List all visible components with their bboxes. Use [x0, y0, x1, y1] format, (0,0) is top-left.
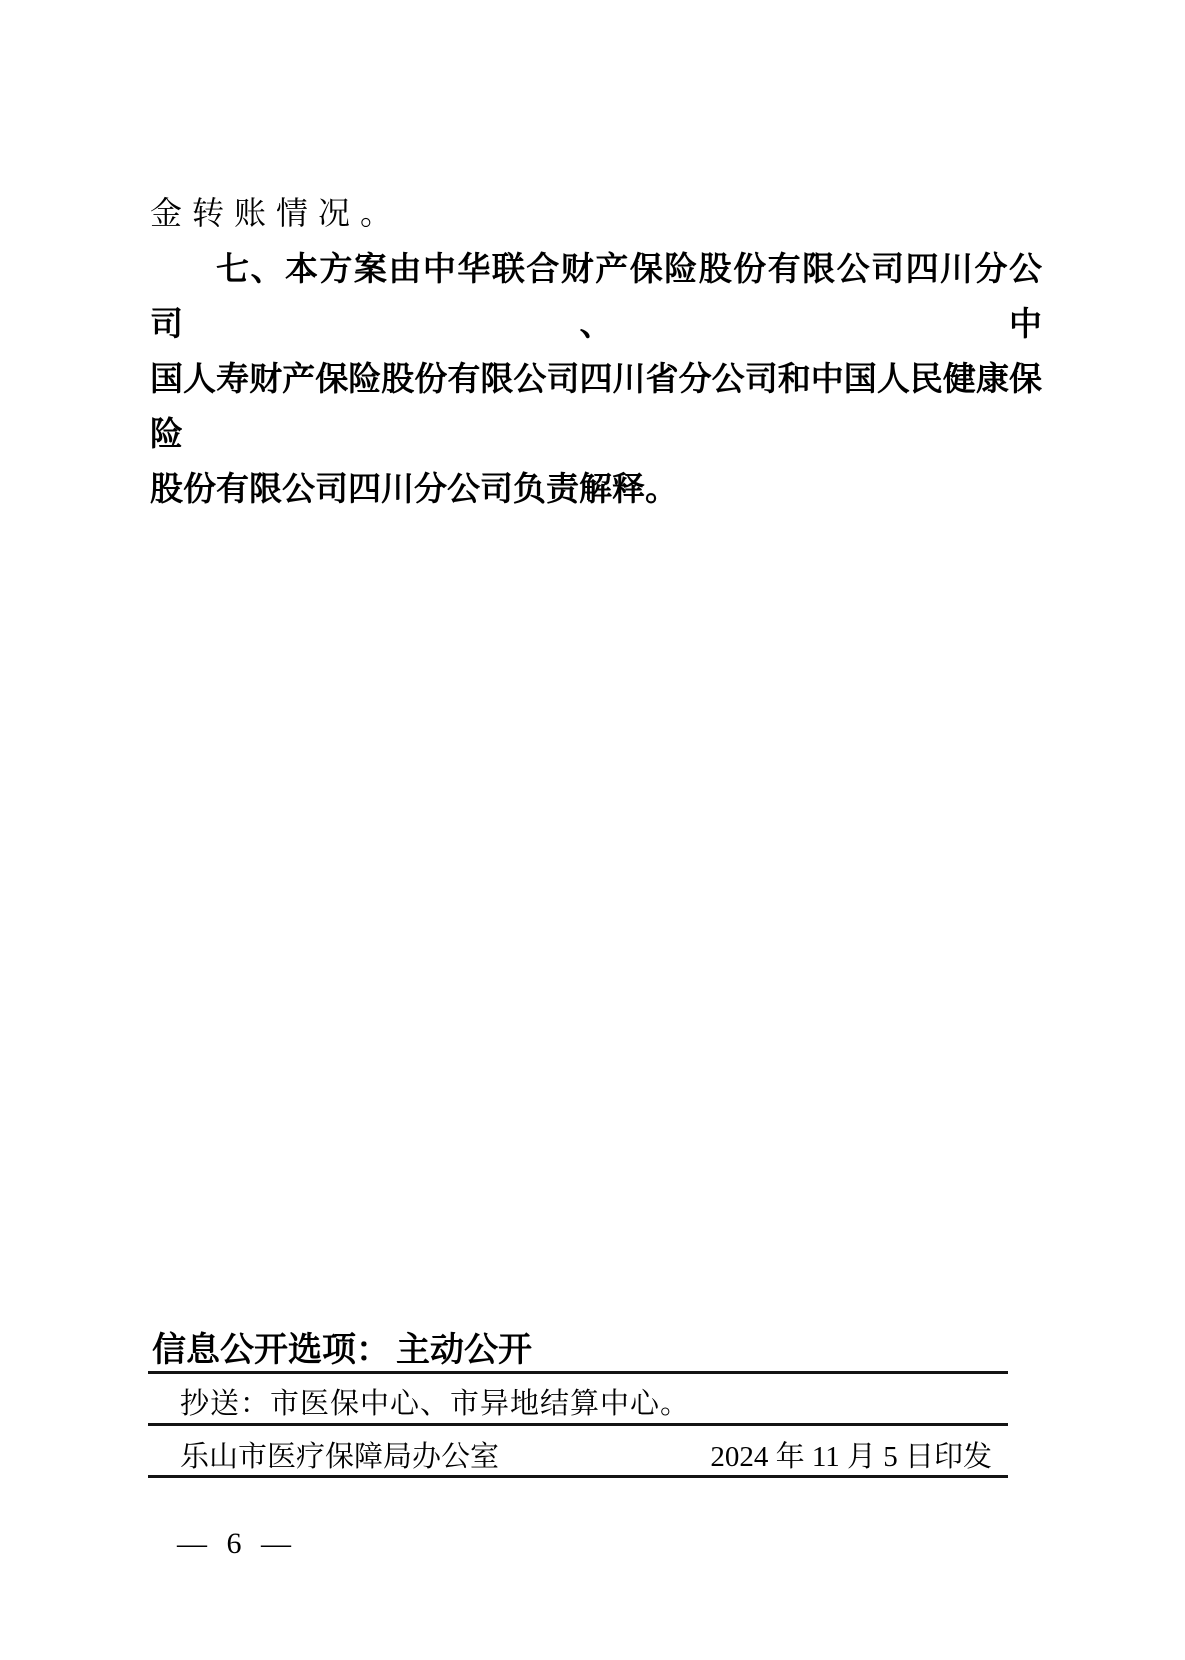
body-text-block: 金转账情况。 七、本方案由中华联合财产保险股份有限公司四川分公司、中 国人寿财产…: [150, 186, 1042, 516]
footer-divider-top: [148, 1371, 1008, 1374]
disclosure-label: 信息公开选项：: [152, 1331, 390, 1369]
issuing-office: 乐山市医疗保障局办公室: [180, 1434, 499, 1475]
page-number: — 6 —: [177, 1527, 297, 1561]
document-page: 金转账情况。 七、本方案由中华联合财产保险股份有限公司四川分公司、中 国人寿财产…: [0, 0, 1185, 1660]
paragraph-continuation-line: 金转账情况。: [150, 186, 1042, 241]
issue-row: 乐山市医疗保障局办公室 2024 年 11 月 5 日印发: [180, 1434, 992, 1475]
disclosure-value: 主动公开: [396, 1332, 532, 1369]
disclosure-line: 信息公开选项：主动公开: [152, 1322, 532, 1371]
paragraph-seven-line-1: 七、本方案由中华联合财产保险股份有限公司四川分公司、中: [150, 241, 1042, 351]
cc-line: 抄送：市医保中心、市异地结算中心。: [180, 1381, 690, 1422]
paragraph-seven-line-3: 股份有限公司四川分公司负责解释。: [150, 461, 1042, 516]
paragraph-seven-line-2: 国人寿财产保险股份有限公司四川省分公司和中国人民健康保险: [150, 351, 1042, 461]
footer-divider-bottom: [148, 1475, 1008, 1478]
footer-divider-middle: [148, 1423, 1008, 1426]
print-date: 2024 年 11 月 5 日印发: [710, 1434, 992, 1475]
